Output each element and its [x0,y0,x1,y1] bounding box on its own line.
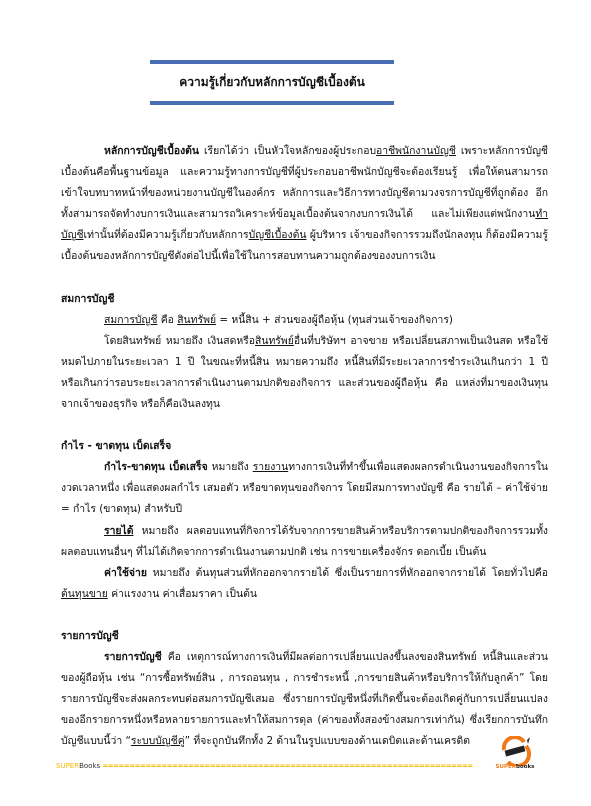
transactions-paragraph: รายการบัญชี คือ เหตุการณ์ทางการเงินที่มี… [61,647,548,752]
page-title: ความรู้เกี่ยวกับหลักการบัญชีเบื้องต้น [150,74,394,90]
section-heading-equation: สมการบัญชี [61,289,548,310]
link-accounting-equation[interactable]: สมการบัญชี [104,314,157,326]
section-heading-profit-loss: กำไร - ขาดทุน เบ็ดเสร็จ [61,436,548,457]
footer-divider: ========================================… [102,762,472,770]
link-double-entry[interactable]: ระบบบัญชีคู่ [131,735,185,747]
link-report[interactable]: รายงาน [253,461,289,473]
expense-paragraph: ค่าใช้จ่าย หมายถึง ต้นทุนส่วนที่หักออกจา… [61,563,548,605]
bold-lead: รายการบัญชี [104,651,162,663]
text: หมายถึง ต้นทุนส่วนที่หักออกจากรายได้ ซึ่… [147,567,548,579]
intro-bold-lead: หลักการบัญชีเบื้องต้น [104,145,199,157]
superbooks-logo: SUPERbooks [490,736,540,774]
logo-text: SUPERbooks [490,764,540,770]
link-accounting-career[interactable]: อาชีพนักงานบัญชี [376,145,456,157]
profit-loss-paragraph: กำไร-ขาดทุน เบ็ดเสร็จ หมายถึง รายงานทางก… [61,457,548,520]
text: หมายถึง [208,461,253,473]
spacer [61,415,548,436]
spacer [61,120,548,141]
logo-swoosh-icon [490,736,540,766]
text: คือ [157,314,177,326]
logo-books: books [516,764,534,770]
text: เท่านั้นที่ต้องมีความรู้เกี่ยวกับหลักการ [84,229,249,241]
spacer [61,268,548,289]
text: = หนี้สิน + ส่วนของผู้ถือหุ้น (ทุนส่วนเจ… [216,314,453,326]
text: หมายถึง ผลตอบแทนที่กิจการได้รับจากการขาย… [61,525,548,558]
text: เรียกได้ว่า เป็นหัวใจหลักของผู้ประกอบ [199,145,376,157]
document-body: หลักการบัญชีเบื้องต้น เรียกได้ว่า เป็นหั… [61,120,548,752]
logo-super: SUPER [496,764,516,770]
link-assets[interactable]: สินทรัพย์ [177,314,216,326]
text: คือ เหตุการณ์ทางการเงินที่มีผลต่อการเปลี… [61,651,548,747]
title-bar-bottom [150,101,394,105]
title-bar-top [150,60,394,64]
footer-brand-line: SUPERBooks =============================… [56,760,476,772]
bold-lead: กำไร-ขาดทุน เบ็ดเสร็จ [104,461,208,473]
text: ค่าแรงงาน ค่าเสื่อมราคา เป็นต้น [108,588,257,600]
bold-lead: ค่าใช้จ่าย [104,567,147,579]
revenue-paragraph: รายได้ หมายถึง ผลตอบแทนที่กิจการได้รับจา… [61,521,548,563]
footer-brand-super: SUPER [56,762,79,770]
link-basic-accounting[interactable]: บัญชีเบื้องต้น [249,229,307,241]
equation-line: สมการบัญชี คือ สินทรัพย์ = หนี้สิน + ส่ว… [61,310,548,331]
footer-brand-books: Books [79,762,100,770]
text: โดยสินทรัพย์ หมายถึง เงินสดหรือ [104,335,255,347]
text: ” ที่จะถูกบันทึกทั้ง 2 ด้านในรูปแบบของด้… [185,735,470,747]
intro-paragraph: หลักการบัญชีเบื้องต้น เรียกได้ว่า เป็นหั… [61,141,548,268]
equation-paragraph: โดยสินทรัพย์ หมายถึง เงินสดหรือสินทรัพย์… [61,331,548,415]
section-heading-transactions: รายการบัญชี [61,626,548,647]
link-revenue[interactable]: รายได้ [104,525,133,537]
spacer [61,605,548,626]
link-cost-of-sales[interactable]: ต้นทุนขาย [61,588,108,600]
link-assets-2[interactable]: สินทรัพย์ [255,335,294,347]
